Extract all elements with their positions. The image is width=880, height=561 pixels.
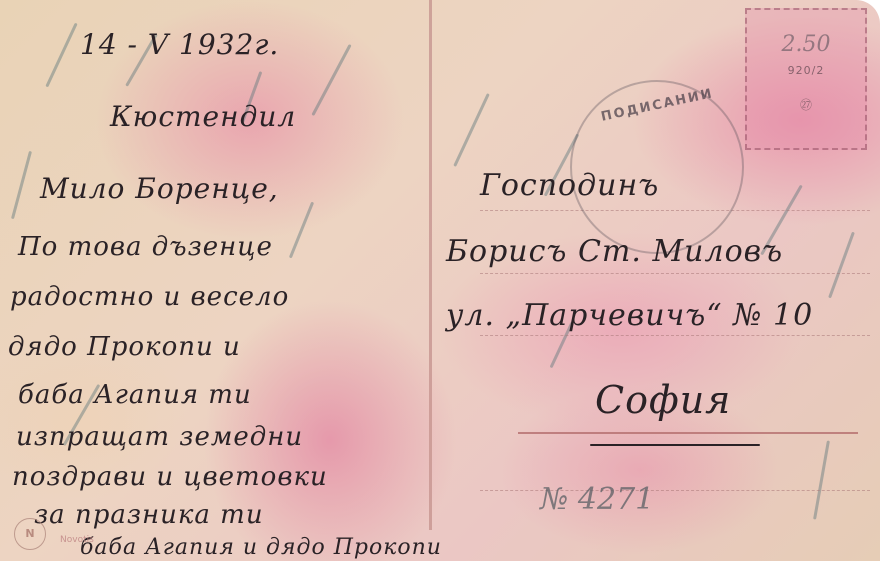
address-street: ул. „Парчевичъ“ № 10 — [446, 298, 813, 333]
pencil-note: № 4271 — [540, 482, 654, 517]
scribble-mark — [453, 93, 490, 167]
stamp-circle-mark: ㉗ — [747, 96, 865, 113]
message-line: дядо Прокопи и — [8, 332, 241, 362]
message-greeting: Мило Боренце, — [40, 172, 279, 205]
address-rule-city — [518, 432, 858, 434]
scribble-mark — [11, 151, 32, 219]
stamp-code: 920/2 — [747, 64, 865, 77]
address-city: София — [595, 378, 731, 422]
message-place: Кюстендил — [110, 100, 296, 133]
address-rule — [480, 490, 870, 491]
address-rule — [480, 335, 870, 336]
scribble-mark — [311, 44, 351, 116]
center-divider-line — [429, 0, 432, 530]
stamp-value: 2.50 — [747, 32, 865, 57]
scribble-mark — [828, 232, 855, 299]
message-line: По това дъзенце — [18, 232, 273, 262]
postcard: 2.50 920/2 ㉗ ПОДИСАНИИ 14 - V 1932г. Кюс… — [0, 0, 880, 561]
scribble-mark — [289, 202, 314, 259]
message-line: радостно и весело — [10, 282, 289, 312]
scribble-mark — [813, 440, 830, 519]
message-signature: баба Агапия и дядо Прокопи — [80, 535, 442, 560]
address-salutation: Господинъ — [480, 168, 659, 203]
address-rule — [480, 273, 870, 274]
message-line: поздрави и цветовки — [12, 462, 328, 492]
scribble-mark — [45, 23, 77, 88]
city-underline-flourish — [590, 444, 760, 446]
publisher-name: Novotis — [60, 535, 94, 545]
message-line: изпращат земедни — [16, 422, 303, 452]
publisher-logo: N — [14, 518, 46, 550]
message-line: баба Агапия ти — [18, 380, 252, 410]
stamp-box: 2.50 920/2 ㉗ — [745, 8, 867, 150]
address-name: Борисъ Ст. Миловъ — [446, 234, 783, 269]
message-date: 14 - V 1932г. — [80, 28, 279, 61]
message-line: за празника ти — [34, 500, 264, 530]
